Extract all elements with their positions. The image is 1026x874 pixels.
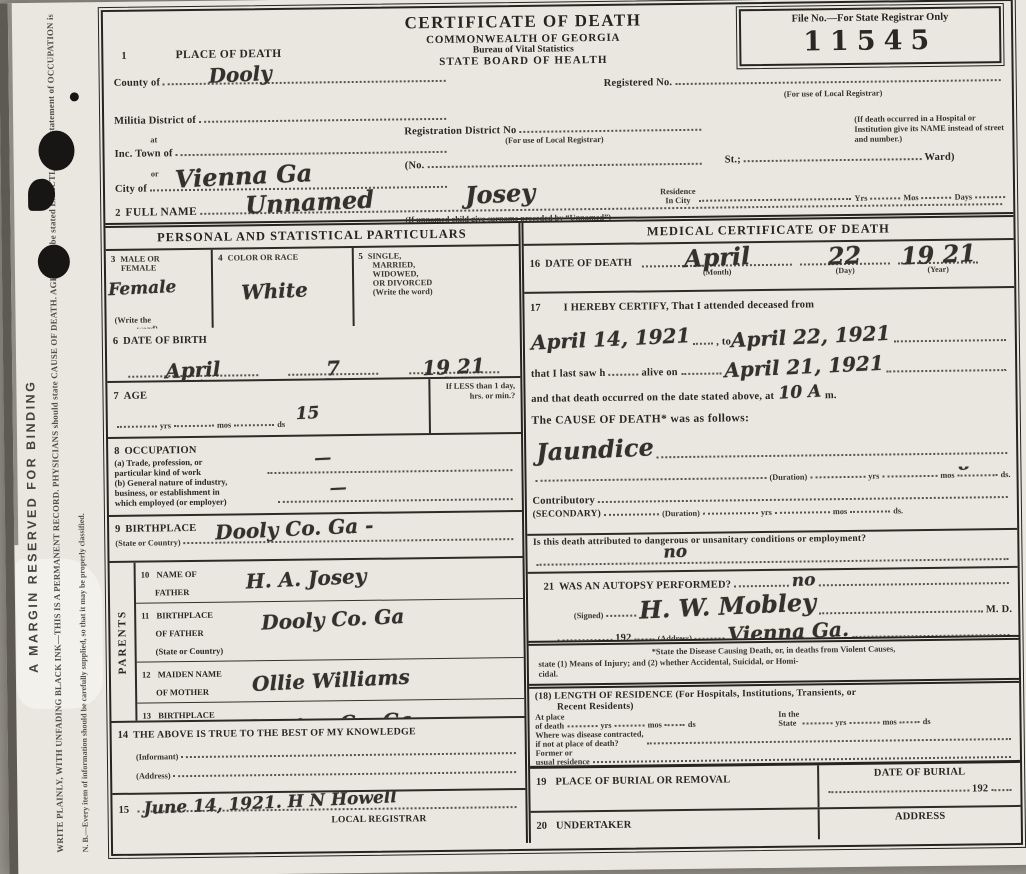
field-number: 12 — [142, 670, 151, 680]
place-of-death-label: PLACE OF DEATH — [176, 48, 282, 61]
birth-year-handwriting: 19 21 — [422, 355, 486, 378]
street-ward-field: St.; Ward) — [725, 152, 955, 166]
father-bp-label-1: BIRTHPLACE — [156, 610, 213, 621]
attended-to-handwriting: April 22, 1921 — [731, 323, 891, 350]
field-number: 20 — [536, 820, 547, 831]
physician-address-handwriting: Vienna Ga. — [727, 619, 849, 645]
age-row: 7AGE yrs mos ds 15 If LESS than 1 day, h… — [107, 378, 520, 439]
violent-causes-footnote: *State the Disease Causing Death, or, in… — [528, 640, 1019, 688]
death-month-handwriting: April — [683, 244, 750, 271]
year-prefix: 192 — [615, 633, 631, 644]
county-value-handwriting: Dooly — [208, 63, 272, 86]
form-body: PERSONAL AND STATISTICAL PARTICULARS 3MA… — [105, 217, 1021, 848]
filed-row: 15 June 14, 1921. H N Howell LOCAL REGIS… — [112, 790, 525, 848]
ds-unit: ds. — [1001, 470, 1011, 479]
file-number-label: File No.—For State Registrar Only — [741, 11, 999, 25]
full-name-label: FULL NAME — [125, 206, 197, 219]
in-state-2: State — [778, 718, 796, 727]
length-of-residence-block: (18) LENGTH OF RESIDENCE (For Hospitals,… — [529, 682, 1020, 768]
full-name-value1-handwriting: Unnamed — [245, 188, 375, 218]
informant-address-label: (Address) — [136, 771, 171, 780]
mos-unit: mos — [833, 507, 847, 516]
birthplace-note: (State or Country) — [115, 538, 180, 548]
birth-month-handwriting: April — [165, 359, 221, 382]
parents-vertical-text: PARENTS — [116, 610, 129, 675]
yrs-unit: yrs — [600, 721, 611, 730]
duration-label: (Duration) — [662, 509, 700, 518]
file-number-box: File No.—For State Registrar Only 11545 — [739, 6, 1002, 66]
father-birthplace-handwriting: Dooly Co. Ga — [261, 606, 405, 633]
at-place-1: At place — [535, 712, 564, 721]
ink-blot — [38, 130, 74, 170]
field-number: 13 — [142, 711, 151, 721]
medical-column: MEDICAL CERTIFICATE OF DEATH 16DATE OF D… — [523, 217, 1021, 843]
street-no-field: (No. — [405, 157, 705, 172]
cause-of-death-handwriting: Jaundice — [535, 435, 654, 465]
at-label: at — [150, 135, 157, 144]
former-1: Former or — [536, 748, 573, 757]
last-saw-date-handwriting: April 21, 1921 — [723, 353, 883, 380]
county-field: County of Dooly — [114, 74, 449, 89]
ds-unit: ds — [923, 717, 931, 726]
at-place-2: of death — [535, 721, 564, 730]
birth-day-handwriting: 7 — [326, 358, 341, 379]
occupation-label: OCCUPATION — [124, 445, 196, 457]
mother-label-2: OF MOTHER — [156, 687, 209, 698]
date-of-burial-label: DATE OF BURIAL — [825, 765, 1014, 778]
ds-unit: ds — [277, 420, 285, 429]
local-registrar-label: LOCAL REGISTRAR — [239, 813, 520, 826]
address-label: (Address) — [657, 634, 692, 643]
ink-blot — [70, 92, 79, 101]
race-value-handwriting: White — [241, 279, 308, 302]
informant-label: (Informant) — [136, 752, 179, 762]
father-label-1: NAME OF — [156, 569, 196, 579]
death-occurred-label: and that death occurred on the date stat… — [531, 391, 774, 405]
mother-bp-label-1: BIRTHPLACE — [158, 710, 215, 721]
burial-year-prefix: 192 — [972, 783, 988, 794]
father-bp-label-3: (State or Country) — [156, 646, 224, 657]
burial-row: 19 PLACE OF BURIAL OR REMOVAL DATE OF BU… — [530, 762, 1021, 812]
date-of-birth-row: 6DATE OF BIRTH April (Month) 7 (Day) — [107, 324, 520, 383]
md-label: M. D. — [986, 604, 1013, 615]
sex-box: 3MALE OR FEMALE Female (Write the word) — [106, 250, 214, 329]
death-year-handwriting: 19 21 — [900, 241, 976, 269]
signed-label: (Signed) — [574, 611, 604, 620]
age-days-handwriting: 15 — [295, 405, 319, 423]
alive-on-label: alive on — [641, 367, 677, 378]
secondary-label: (SECONDARY) — [533, 509, 601, 520]
field-number: 19 — [536, 776, 547, 787]
yrs-unit: yrs — [835, 718, 846, 727]
field-number: 14 — [118, 730, 129, 741]
field-number: 3 — [111, 254, 116, 264]
scanned-certificate: A MARGIN RESERVED FOR BINDING WRITE PLAI… — [0, 0, 1026, 874]
autopsy-question: WAS AN AUTOPSY PERFORMED? — [559, 579, 731, 592]
father-label-2: FATHER — [155, 587, 190, 597]
certificate-form: CERTIFICATE OF DEATH COMMONWEALTH OF GEO… — [101, 0, 1023, 856]
marital-box: 5SINGLE, MARRIED, WIDOWED, OR DIVORCED (… — [353, 246, 519, 326]
occupation-b3: which employed (or employer) — [115, 496, 227, 507]
date-of-birth-label: DATE OF BIRTH — [123, 335, 207, 347]
mother-label-1: MAIDEN NAME — [158, 669, 222, 680]
county-label: County of — [114, 77, 161, 89]
registered-no-label: Registered No. — [604, 77, 673, 89]
death-day-handwriting: 22 — [828, 243, 862, 269]
death-time-handwriting: 10 A — [778, 384, 822, 403]
field-number: 6 — [113, 336, 118, 347]
filed-date-signature-handwriting: June 14, 1921. H N Howell — [143, 790, 397, 818]
or-label: or — [151, 169, 159, 178]
father-name-row: 10 NAME OF FATHER H. A. Josey — [136, 558, 523, 604]
age-less-note: If LESS than 1 day, hrs. or min.? — [435, 381, 515, 403]
registered-no-note: (For use of Local Registrar) — [784, 89, 883, 99]
ward-label: Ward) — [924, 152, 954, 163]
file-number-stamp: 11545 — [741, 24, 999, 58]
contributory-row: Contributory (SECONDARY) (Duration) yrs … — [526, 488, 1017, 536]
field-number: 17 — [530, 303, 541, 314]
field-number: 7 — [113, 391, 118, 402]
title-block: CERTIFICATE OF DEATH COMMONWEALTH OF GEO… — [358, 10, 689, 69]
duration-label: (Duration) — [769, 472, 807, 481]
father-birthplace-row: 11 BIRTHPLACE OF FATHER (State or Countr… — [136, 599, 523, 663]
place-of-burial-label: PLACE OF BURIAL OR REMOVAL — [555, 774, 730, 787]
mos-unit: mos — [217, 421, 231, 430]
registration-district-label: Registration District No — [404, 125, 516, 137]
duration-days-handwriting: 8 — [958, 466, 971, 474]
contracted-1: Where was disease contracted, — [535, 729, 643, 739]
undertaker-row: 20 UNDERTAKER ADDRESS — [530, 806, 1021, 842]
age-label: AGE — [124, 391, 147, 402]
field-number: 11 — [141, 611, 149, 621]
st-label: St.; — [725, 154, 741, 165]
field-number: 1 — [121, 51, 126, 62]
autopsy-signed-block: 21 WAS AN AUTOPSY PERFORMED? no (Signed)… — [527, 568, 1018, 646]
occupation-b-value: — — [329, 480, 347, 498]
city-label: City of — [115, 184, 147, 195]
date-of-death-row: 16DATE OF DEATH April (Month) 22 (Day) 1… — [523, 240, 1014, 294]
ds-unit: ds — [688, 720, 696, 729]
field-number: 5 — [358, 251, 363, 261]
mos-unit: mos — [882, 717, 896, 726]
yrs-unit: yrs — [761, 508, 772, 517]
race-label: COLOR OR RACE — [228, 253, 299, 263]
undertaker-label: UNDERTAKER — [556, 819, 632, 831]
street-no-label: (No. — [405, 160, 425, 171]
last-saw-label: that I last saw h — [531, 368, 606, 380]
form-header: CERTIFICATE OF DEATH COMMONWEALTH OF GEO… — [103, 1, 1014, 228]
parents-side-label: PARENTS — [110, 563, 138, 721]
race-box: 4COLOR OR RACE White — [213, 248, 354, 328]
marital-label-1: SINGLE, — [368, 251, 402, 260]
father-bp-label-2: OF FATHER — [155, 628, 203, 639]
meridiem-label: m. — [825, 390, 837, 401]
militia-district-label: Militia District of — [114, 115, 196, 127]
field-number: 15 — [119, 805, 130, 816]
field-number: 8 — [114, 446, 119, 457]
physician-signature-handwriting: H. W. Mobley — [639, 590, 817, 622]
inc-town-label: Inc. Town of — [114, 148, 172, 160]
field-number: 4 — [218, 253, 223, 263]
personal-column: PERSONAL AND STATISTICAL PARTICULARS 3MA… — [105, 223, 530, 848]
occupation-row: 8OCCUPATION (a) Trade, profession, or pa… — [108, 434, 522, 517]
registered-no-field: Registered No. — [604, 73, 1004, 89]
informant-statement-label: THE ABOVE IS TRUE TO THE BEST OF MY KNOW… — [133, 726, 416, 740]
to-label: , to — [716, 336, 731, 347]
former-2: usual residence — [536, 757, 590, 767]
attended-from-handwriting: April 14, 1921 — [530, 325, 690, 352]
sex-label-1: MALE OR — [120, 254, 160, 263]
in-state-1: In the — [778, 709, 799, 718]
field-number: 2 — [115, 208, 120, 219]
registration-district-field: Registration District No (For use of Loc… — [404, 123, 704, 147]
ink-blot — [38, 244, 70, 278]
mother-name-row: 12 MAIDEN NAME OF MOTHER Ollie Williams — [137, 658, 524, 704]
sex-race-marital-row: 3MALE OR FEMALE Female (Write the word) … — [106, 246, 520, 329]
field-number: 9 — [115, 524, 120, 535]
full-name-value2-handwriting: Josey — [465, 181, 536, 208]
sex-value-handwriting: Female — [108, 279, 177, 299]
unsanitary-question: Is this death attributed to dangerous or… — [533, 532, 1011, 548]
father-name-handwriting: H. A. Josey — [245, 566, 366, 592]
marital-note: (Write the word) — [373, 286, 514, 297]
sex-label-2: FEMALE — [121, 263, 206, 273]
field-number: 21 — [543, 582, 554, 593]
mos-unit: mos — [940, 471, 954, 480]
hospital-note: (If death occurred in a Hospital or Inst… — [854, 113, 1004, 145]
occupation-a-value: — — [314, 450, 332, 468]
yrs-unit: yrs — [868, 472, 879, 481]
certify-intro: I HEREBY CERTIFY, That I attended deceas… — [564, 299, 815, 313]
informant-row: 14THE ABOVE IS TRUE TO THE BEST OF MY KN… — [112, 718, 526, 795]
field-number: 10 — [141, 570, 150, 580]
certify-block: 17 I HEREBY CERTIFY, That I attended dec… — [524, 288, 1016, 472]
birthplace-label: BIRTHPLACE — [125, 523, 196, 535]
mos-unit: mos — [648, 720, 662, 729]
ds-unit: ds. — [893, 506, 903, 515]
unsanitary-answer-handwriting: no — [663, 544, 687, 562]
yrs-unit: yrs — [160, 421, 171, 430]
birthplace-row: 9BIRTHPLACE (State or Country) Dooly Co.… — [109, 512, 522, 563]
cause-of-death-label: The CAUSE OF DEATH* was as follows: — [531, 412, 749, 427]
field-number: 16 — [530, 259, 541, 270]
city-value-handwriting: Vienna Ga — [174, 161, 312, 191]
sex-note-1: (Write the — [115, 315, 152, 324]
unsanitary-row: Is this death attributed to dangerous or… — [527, 530, 1018, 574]
contributory-label: Contributory — [532, 495, 595, 507]
undertaker-address-label: ADDRESS — [826, 809, 1015, 822]
residence-word: Residence — [660, 187, 696, 196]
certificate-title: CERTIFICATE OF DEATH — [358, 10, 688, 34]
date-of-death-label: DATE OF DEATH — [545, 258, 632, 270]
parents-block: PARENTS 10 NAME OF FATHER H. A. Josey 11… — [110, 558, 525, 723]
inc-town-field: Inc. Town of — [114, 145, 449, 160]
militia-district-field: Militia District of — [114, 112, 449, 127]
mother-name-handwriting: Ollie Williams — [252, 667, 411, 694]
